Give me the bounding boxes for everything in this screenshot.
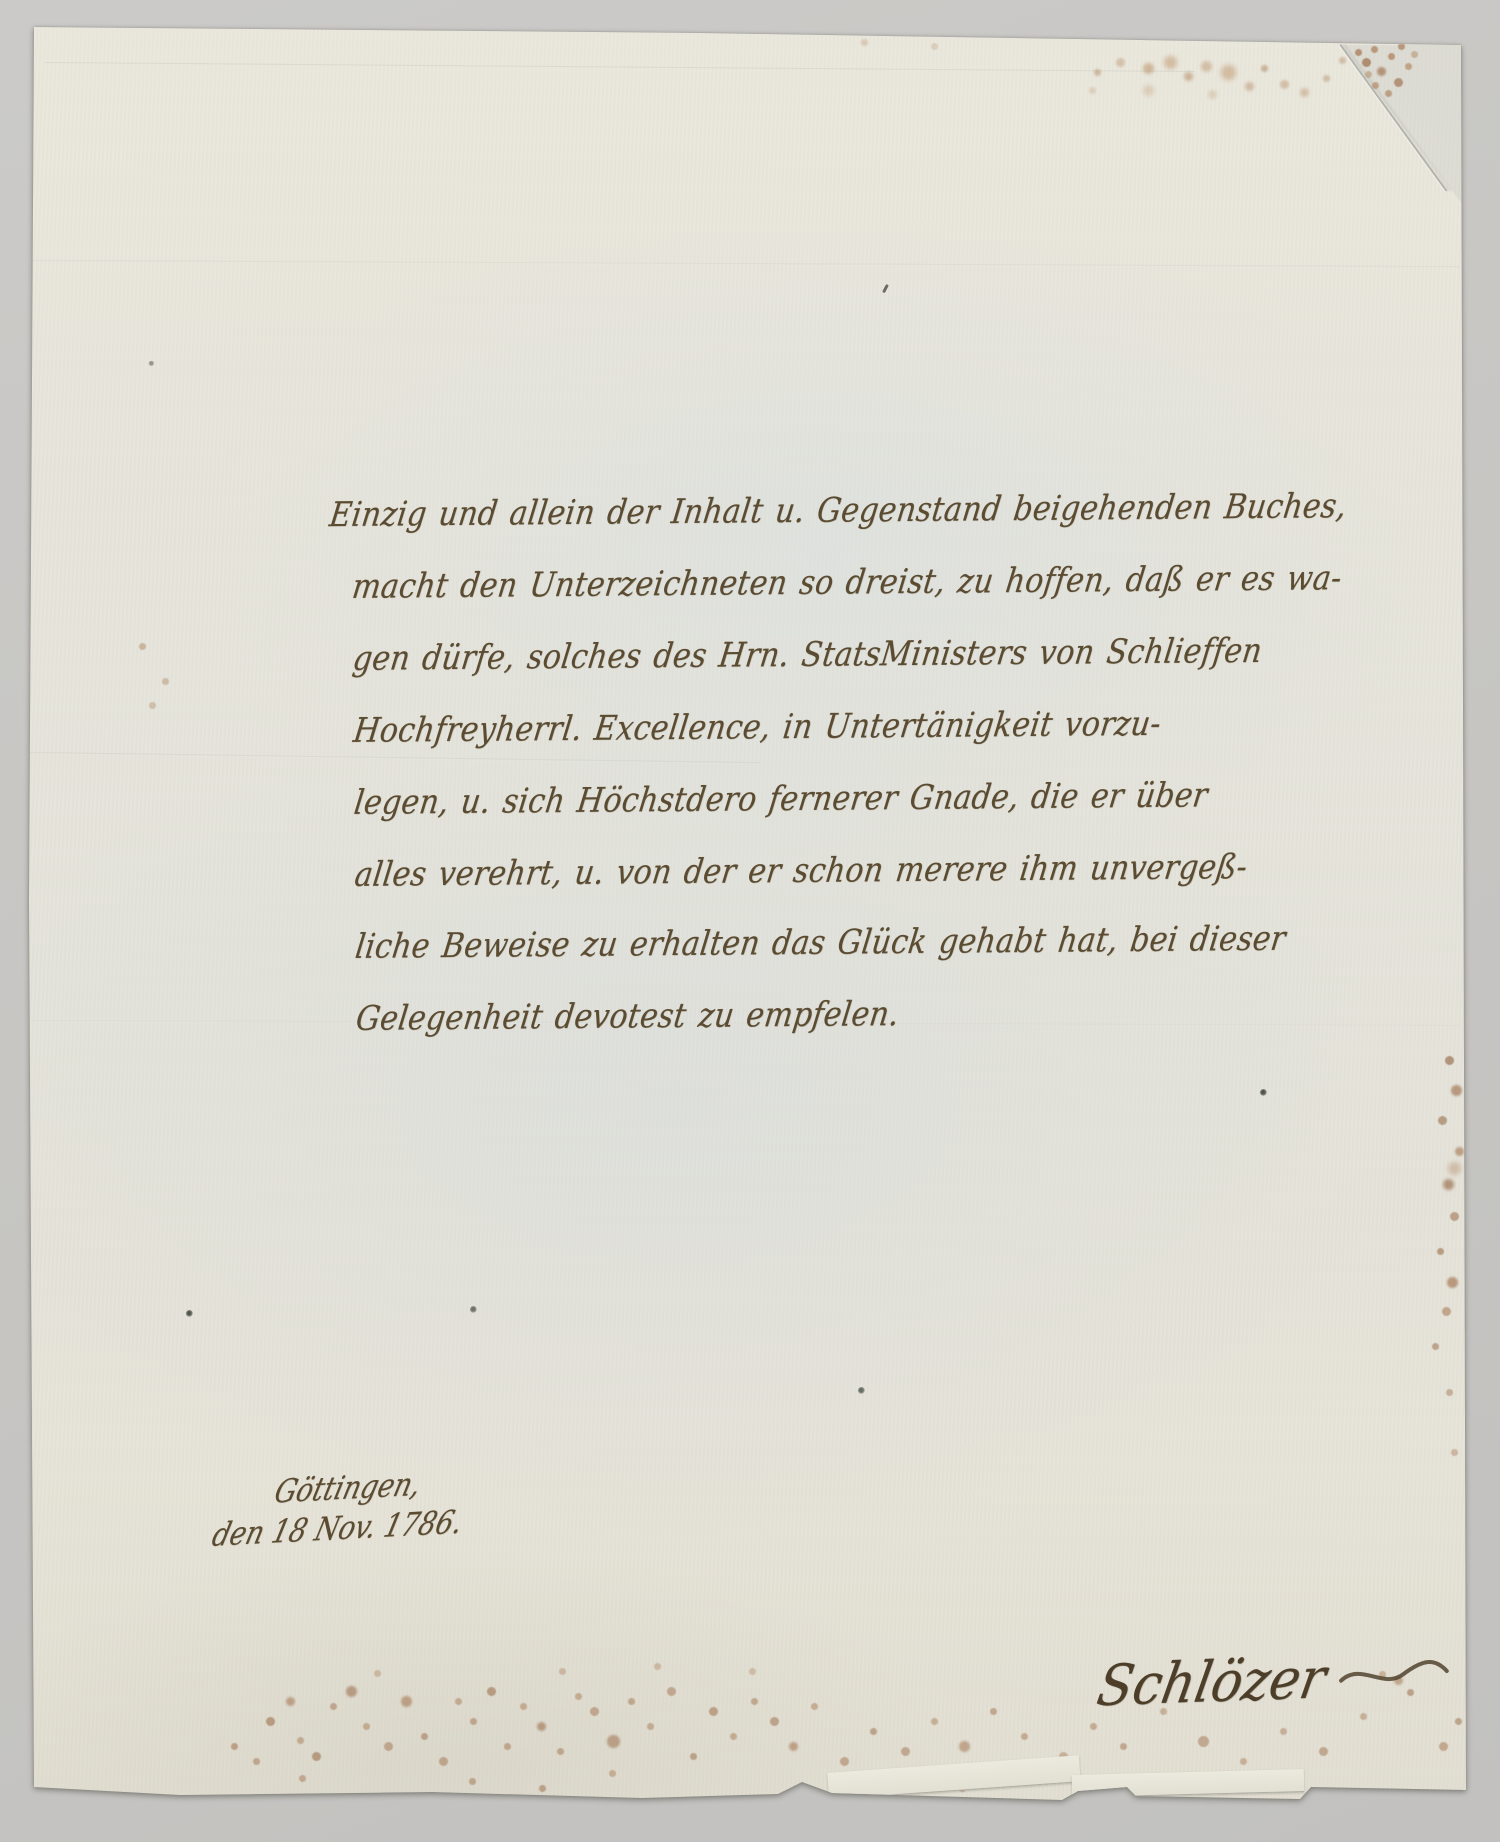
dateline: Göttingen, den 18 Nov. 1786. [210,1460,508,1553]
bottom-edge-fragment [1072,1769,1305,1798]
pinhole [186,1310,193,1317]
scan-backdrop: Einzig und allein der Inhalt u. Gegensta… [0,0,1500,1842]
pinhole [1260,1089,1267,1096]
foxing-spots-top [0,0,5,5]
top-edge-press-line [45,62,1195,72]
handwritten-line: legen, u. sich Höchstdero fernerer Gnade… [332,757,1488,839]
pinhole [470,1306,477,1313]
pinhole [149,361,155,367]
foxing-spots-corner [0,0,5,5]
bottom-edge-fragment [827,1755,1080,1800]
foxing-spots-bottom [0,0,5,5]
signature: Schlözer [1097,1642,1452,1719]
handwriting-block: Einzig und allein der Inhalt u. Gegensta… [330,469,1490,1055]
handwritten-line: macht den Unterzeichneten so dreist, zu … [330,541,1486,623]
pinhole [858,1387,865,1394]
signature-flourish [1338,1653,1451,1697]
handwritten-line: gen dürfe, solches des Hrn. StatsMiniste… [331,613,1487,695]
signature-name: Schlözer [1092,1646,1330,1719]
letter-paper: Einzig und allein der Inhalt u. Gegensta… [0,0,1500,1842]
fold-crease-upper [32,260,1460,268]
stray-ink-mark [882,284,888,293]
foxing-spots-left [0,0,5,5]
handwritten-line: alles verehrt, u. von der er schon merer… [333,829,1489,911]
foxing-spots-right-edge [0,0,5,5]
handwritten-line: Einzig und allein der Inhalt u. Gegensta… [330,469,1486,551]
handwritten-line: Hochfreyherrl. Excellence, in Untertänig… [331,685,1487,767]
scanned-letter: { "document": { "kind": "handwritten let… [0,0,1500,1842]
handwritten-line: liche Beweise zu erhalten das Glück geha… [333,901,1489,983]
handwritten-line: Gelegenheit devotest zu empfelen. [334,973,1490,1055]
